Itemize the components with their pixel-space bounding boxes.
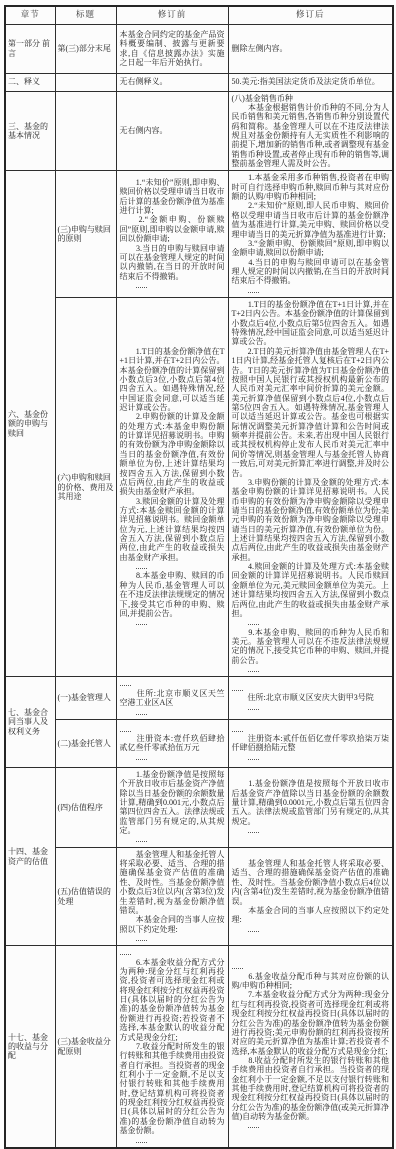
- title-cell: (六)申购和赎回的价格、费用及其用途: [55, 298, 116, 677]
- after-cell: 50.美元:指美国法定货币及法定货币单位。: [228, 73, 393, 91]
- before-cell: ...... 6.本基金收益分配方式分为两种:现金分红与红利再投资,投资者可选择…: [116, 946, 228, 1148]
- chapter-cell: 三、基金的基本情况: [5, 91, 55, 171]
- title-cell: (二)基金托管人: [55, 719, 116, 767]
- after-cell: ...... 住所:北京市顺义区安庆大街甲3号院 ......: [228, 677, 393, 719]
- col-header-before: 修订前: [116, 6, 228, 24]
- after-cell: 1.T日的基金份额净值在T+1日计算,并在T+2日内公告。本基金份额净值的计算保…: [228, 298, 393, 677]
- col-header-after: 修订后: [228, 6, 393, 24]
- after-cell: 基金管理人和基金托管人将采取必要、适当、合理的措施确保基金资产估值的准确性、及时…: [228, 847, 393, 946]
- title-cell: (四)估值程序: [55, 767, 116, 847]
- title-cell: 第(三)部分末尾: [55, 24, 116, 73]
- before-cell: 1.基金份额净值是按照每个开放日收市后基金资产净值除以当日基金份额的余额数量计算…: [116, 767, 228, 847]
- after-cell: 1.基金份额净值是按照每个开放日收市后基金资产净值除以当日基金份额的余额数量计算…: [228, 767, 393, 847]
- after-cell: 1.本基金采用多币种销售,投资者在申购时可自行选择申购币种,赎回币种与其对应份额…: [228, 171, 393, 298]
- table-row: 七、基金合同当事人及权利义务 (一)基金管理人 ...... 住所:北京市顺义区…: [5, 677, 393, 719]
- table-row: 十七、基金的收益与分配 (三)基金收益分配原则 ...... 6.本基金收益分配…: [5, 946, 393, 1148]
- table-row: 十四、基金资产的估值 (四)估值程序 1.基金份额净值是按照每个开放日收市后基金…: [5, 767, 393, 847]
- chapter-cell: 六、基金份额的申购与赎回: [5, 171, 55, 677]
- col-header-chapter: 章节: [5, 6, 55, 24]
- chapter-cell: 十四、基金资产的估值: [5, 767, 55, 945]
- table-row: (六)申购和赎回的价格、费用及其用途 1.T日的基金份额净值在T+1日计算,并在…: [5, 298, 393, 677]
- table-row: 三、基金的基本情况 无右侧内容。 (八)基金销售币种 本基金根据销售计价币种的不…: [5, 91, 393, 171]
- before-cell: 无右侧内容。: [116, 91, 228, 171]
- table-row: (二)基金托管人 ...... 注册资本:壹仟玖佰肆拾贰亿叁仟零贰拾伍万元 ..…: [5, 719, 393, 767]
- before-cell: ...... 住所:北京市顺义区天竺空港工业区A区 ......: [116, 677, 228, 719]
- after-cell: ...... 6.基金收益分配币种与其对应份额的认购/申购币种相同; 7.本基金…: [228, 946, 393, 1148]
- before-cell: 基金管理人和基金托管人将采取必要、适当、合理的措施确保基金资产估值的准确性、及时…: [116, 847, 228, 946]
- chapter-cell: 第一部分 前言: [5, 24, 55, 73]
- after-cell: (八)基金销售币种 本基金根据销售计价币种的不同,分为人民币销售和美元销售,各销…: [228, 91, 393, 171]
- table-row: (五)估值错误的处理 基金管理人和基金托管人将采取必要、适当、合理的措施确保基金…: [5, 847, 393, 946]
- before-cell: 本基金合同约定的基金产品资料概要编制、披露与更新要求,自《信息披露办法》实施之日…: [116, 24, 228, 73]
- revision-comparison-table: 章节 标题 修订前 修订后 第一部分 前言 第(三)部分末尾 本基金合同约定的基…: [4, 5, 394, 1149]
- after-cell: 删除左侧内容。: [228, 24, 393, 73]
- announcement-page: 章节 标题 修订前 修订后 第一部分 前言 第(三)部分末尾 本基金合同约定的基…: [0, 0, 396, 965]
- header-row: 章节 标题 修订前 修订后: [5, 6, 393, 24]
- before-cell: 1.T日的基金份额净值在T+1日计算,并在T+2日内公告。本基金份额净值的计算保…: [116, 298, 228, 677]
- title-cell: [55, 73, 116, 91]
- table-row: 二、释义 无右侧释义。 50.美元:指美国法定货币及法定货币单位。: [5, 73, 393, 91]
- chapter-cell: 二、释义: [5, 73, 55, 91]
- table-row: 第一部分 前言 第(三)部分末尾 本基金合同约定的基金产品资料概要编制、披露与更…: [5, 24, 393, 73]
- before-cell: ...... 注册资本:壹仟玖佰肆拾贰亿叁仟零贰拾伍万元 ......: [116, 719, 228, 767]
- before-cell: 无右侧释义。: [116, 73, 228, 91]
- title-cell: (五)估值错误的处理: [55, 847, 116, 946]
- table-row: 六、基金份额的申购与赎回 (三)申购与赎回的原则 1.“未知价”原则,即申购、赎…: [5, 171, 393, 298]
- title-cell: [55, 91, 116, 171]
- title-cell: (三)基金收益分配原则: [55, 946, 116, 1148]
- after-cell: ...... 注册资本:贰仟伍佰亿壹仟零玖拾柒万柒仟肆佰捌拾陆元整 ......: [228, 719, 393, 767]
- title-cell: (三)申购与赎回的原则: [55, 171, 116, 298]
- chapter-cell: 七、基金合同当事人及权利义务: [5, 677, 55, 767]
- col-header-title: 标题: [55, 6, 116, 24]
- chapter-cell: 十七、基金的收益与分配: [5, 946, 55, 1148]
- title-cell: (一)基金管理人: [55, 677, 116, 719]
- before-cell: 1.“未知价”原则,即申购、赎回价格以受理申请当日收市后计算的基金份额净值为基准…: [116, 171, 228, 298]
